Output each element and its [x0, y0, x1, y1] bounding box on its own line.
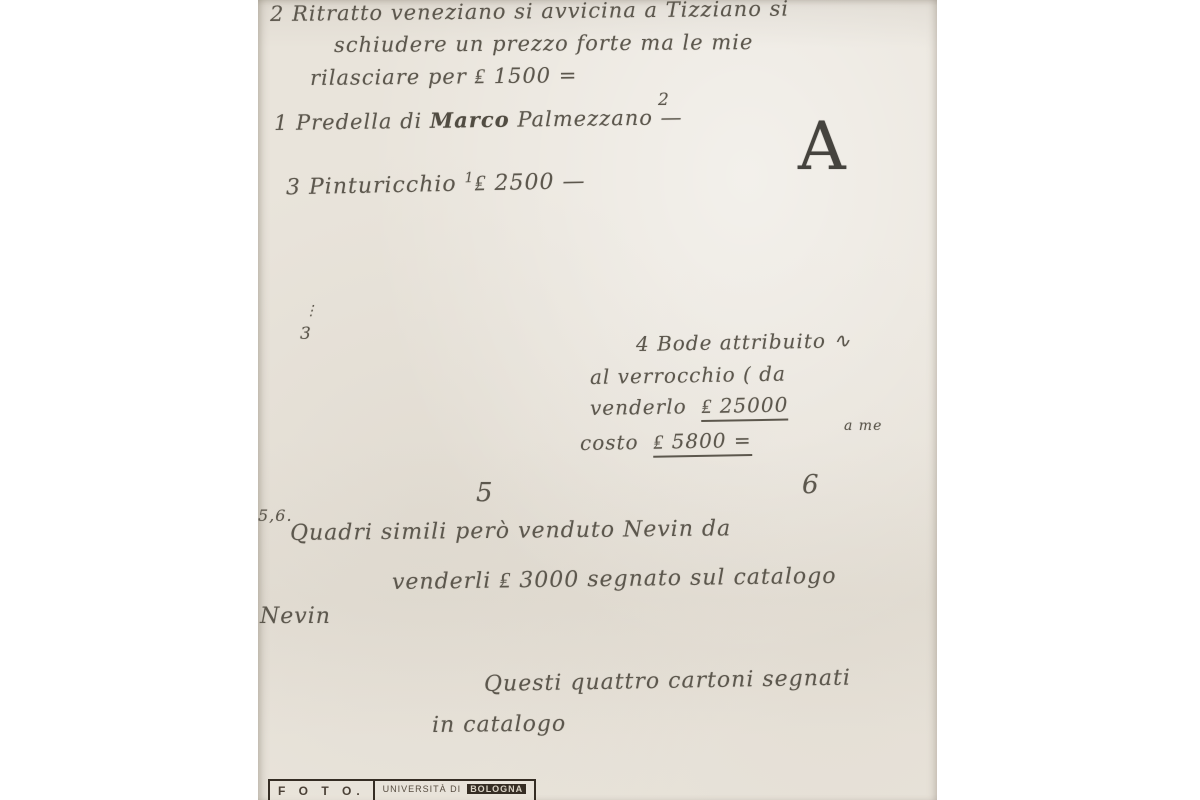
stamp-foto-label: F O T O. [270, 781, 375, 800]
stamp-university-text: UNIVERSITÀ DI [383, 784, 462, 794]
handwriting-line-10: in catalogo [432, 712, 566, 738]
margin-label-5-6: 5,6. [258, 506, 293, 525]
block4-scribble-mark: ∿ [833, 328, 851, 352]
handwriting-line-2: schiudere un prezzo forte ma le mie [334, 30, 754, 57]
marginal-number-5: 5 [476, 478, 494, 508]
handwriting-line-3: rilasciare per ₤ 1500 = [310, 63, 578, 91]
block4-line-2: al verrocchio ( da [590, 362, 786, 389]
block4-line-4-label: costo [580, 430, 639, 455]
line-5-price: ₤ 2500 — [474, 169, 585, 196]
manuscript-page: 2 Ritratto veneziano si avvicina a Tizzi… [258, 0, 937, 800]
block4-line-1: 4 Bode attribuito ∿ [636, 328, 851, 356]
handwriting-line-6: Quadri simili però venduto Nevin da [290, 516, 731, 546]
marginal-number-6: 6 [802, 470, 820, 500]
letter-a-mark: A [798, 108, 846, 185]
block4-price-5800: ₤ 5800 = [653, 428, 752, 458]
handwriting-line-4: 1 Predella di Marco Palmezzano — [274, 104, 683, 135]
scanned-manuscript-screenshot: 2 Ritratto veneziano si avvicina a Tizzi… [0, 0, 1200, 800]
block4-line-3: venderlo ₤ 25000 [590, 393, 789, 421]
line-4-prefix: 1 Predella di [274, 109, 430, 135]
line-5-superscript: 1 [464, 170, 474, 186]
handwriting-line-7: venderli ₤ 3000 segnato sul catalogo [392, 563, 837, 595]
line-5-text: 3 Pinturicchio [286, 172, 457, 201]
photo-stamp: F O T O. UNIVERSITÀ DIBOLOGNA [268, 779, 536, 800]
block4-line-1-text: 4 Bode attribuito [636, 329, 826, 356]
stamp-university-label: UNIVERSITÀ DIBOLOGNA [375, 781, 535, 800]
stamp-bologna-text: BOLOGNA [467, 784, 526, 794]
margin-dots-mark: ⋮ [304, 303, 319, 319]
handwriting-line-9: Questi quattro cartoni segnati [484, 666, 851, 697]
margin-number-3: 3 [300, 324, 312, 344]
handwriting-line-1: 2 Ritratto veneziano si avvicina a Tizzi… [270, 0, 789, 26]
block4-line-3-label: venderlo [590, 394, 687, 420]
block4-price-25000: ₤ 25000 [701, 393, 788, 423]
handwriting-line-5: 3 Pinturicchio 1₤ 2500 — [286, 168, 586, 201]
block4-note-a-me: a me [844, 418, 882, 434]
line-4-suffix: Palmezzano — [510, 105, 683, 131]
block4-line-4: costo ₤ 5800 = [580, 428, 752, 456]
handwriting-line-8-nevin: Nevin [260, 604, 331, 629]
line-4-marco: Marco [430, 107, 510, 133]
